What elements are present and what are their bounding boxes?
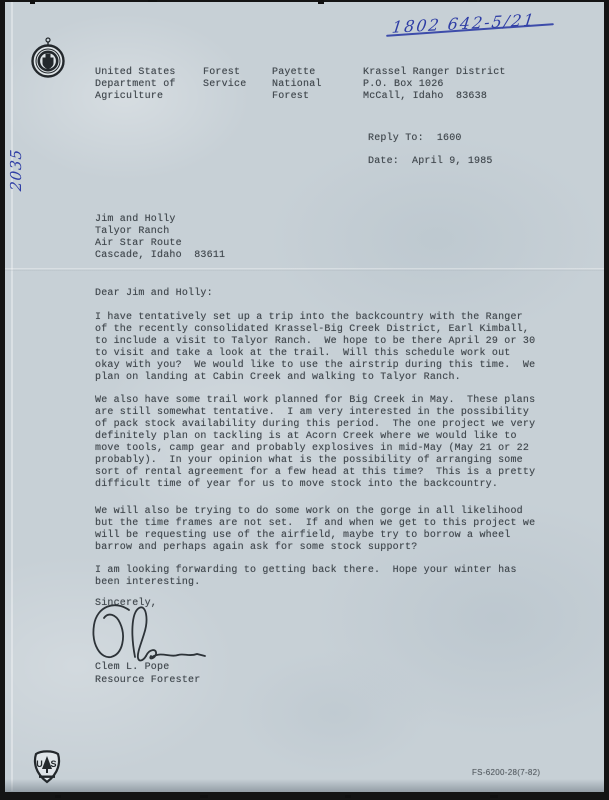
scan-tick: [468, 0, 477, 2]
fold-crease: [5, 268, 604, 271]
letterhead-forest: Payette National Forest: [272, 67, 322, 103]
body-paragraph-2: We also have some trail work planned for…: [95, 395, 535, 491]
salutation: Dear Jim and Holly:: [95, 288, 213, 300]
reply-to-label: Reply To:: [368, 133, 424, 145]
reply-to-line: Reply To: 1600: [368, 133, 462, 145]
signer-title: Resource Forester: [95, 675, 200, 687]
scan-tick: [30, 0, 35, 4]
handwritten-margin-note: 2035: [7, 134, 27, 206]
letterhead-service: Forest Service: [203, 67, 246, 91]
body-paragraph-1: I have tentatively set up a trip into th…: [95, 312, 535, 384]
scan-tick: [200, 795, 208, 798]
scanned-letter: 1802 642-5/21 2035 United States Departm…: [0, 0, 609, 800]
scan-tick: [490, 795, 498, 798]
letterhead-agency: United States Department of Agriculture: [95, 67, 176, 103]
forest-service-shield-icon: U S: [32, 749, 62, 785]
signature: [85, 600, 230, 670]
recipient-address: Jim and Holly Talyor Ranch Air Star Rout…: [95, 214, 225, 262]
scan-streak: [11, 2, 13, 791]
body-paragraph-4: I am looking forwarding to getting back …: [95, 565, 517, 589]
scan-tick: [345, 795, 351, 798]
usda-seal-icon: [29, 34, 67, 80]
date-value: April 9, 1985: [412, 156, 493, 168]
signer-name: Clem L. Pope: [95, 662, 169, 674]
form-number: FS-6200-28(7-82): [472, 768, 540, 777]
reply-to-value: 1600: [437, 133, 462, 145]
scan-tick: [318, 0, 324, 4]
letterhead-district-address: Krassel Ranger District P.O. Box 1026 Mc…: [363, 67, 506, 103]
paper-bottom-shadow: [5, 779, 604, 792]
scan-tick: [55, 795, 61, 798]
svg-text:U: U: [36, 759, 43, 769]
date-label: Date:: [368, 156, 399, 168]
scan-tick: [148, 0, 157, 2]
date-line: Date: April 9, 1985: [368, 156, 493, 168]
body-paragraph-3: We will also be trying to do some work o…: [95, 506, 535, 554]
